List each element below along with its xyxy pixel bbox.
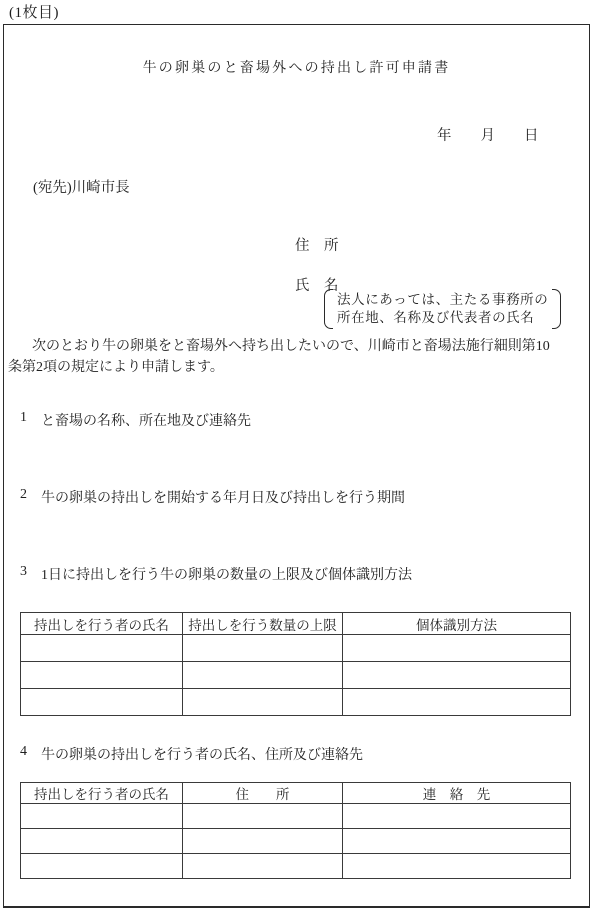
numbered-item-quantity-limit: 3 1日に持出しを行う牛の卵巣の数量の上限及び個体識別方法 [20,564,412,584]
table-cell-empty [343,635,571,662]
table-cell-empty [21,689,183,716]
table-cell-empty [183,829,343,854]
table-cell-empty [343,662,571,689]
carrier-contact-table: 持出しを行う者の氏名 住 所 連 絡 先 [20,782,571,879]
table-row [21,662,571,689]
column-header-carrier-name: 持出しを行う者の氏名 [21,613,183,635]
table-cell-empty [183,804,343,829]
statement-line1: 次のとおり牛の卵巣をと畜場外へ持ち出したいので、川崎市と畜場法施行細則第10 [8,336,586,357]
quantity-limit-table: 持出しを行う者の氏名 持出しを行う数量の上限 個体識別方法 [20,612,571,716]
item-text: 牛の卵巣の持出しを行う者の氏名、住所及び連絡先 [41,744,363,764]
numbered-item-slaughterhouse: 1 と畜場の名称、所在地及び連絡先 [20,410,251,430]
table-cell-empty [183,635,343,662]
column-header-carrier-name: 持出しを行う者の氏名 [21,783,183,804]
right-bracket [552,289,561,329]
table-header-row: 持出しを行う者の氏名 住 所 連 絡 先 [21,783,571,804]
numbered-item-start-date: 2 牛の卵巣の持出しを開始する年月日及び持出しを行う期間 [20,487,405,507]
form-page: (1枚目) 牛の卵巣のと畜場外への持出し許可申請書 年 月 日 (宛先)川崎市長… [0,0,593,912]
table-cell-empty [183,854,343,879]
corporate-note: 法人にあっては、主たる事務所の 所在地、名称及び代表者の氏名 [324,289,561,329]
item-number: 4 [20,744,41,764]
table-cell-empty [183,689,343,716]
column-header-id-method: 個体識別方法 [343,613,571,635]
item-number: 3 [20,564,41,584]
table-row [21,854,571,879]
item-number: 2 [20,487,41,507]
column-header-address: 住 所 [183,783,343,804]
item-number: 1 [20,410,41,430]
form-title: 牛の卵巣のと畜場外への持出し許可申請書 [4,57,589,77]
table-cell-empty [343,854,571,879]
numbered-item-carrier-contact: 4 牛の卵巣の持出しを行う者の氏名、住所及び連絡先 [20,744,363,764]
table-cell-empty [183,662,343,689]
item-text: と畜場の名称、所在地及び連絡先 [41,410,251,430]
corporate-note-line2: 所在地、名称及び代表者の氏名 [337,309,548,327]
column-header-quantity-limit: 持出しを行う数量の上限 [183,613,343,635]
table-cell-empty [21,854,183,879]
table-cell-empty [21,662,183,689]
table-cell-empty [21,829,183,854]
item-text: 1日に持出しを行う牛の卵巣の数量の上限及び個体識別方法 [41,564,412,584]
table-cell-empty [21,635,183,662]
table-cell-empty [343,829,571,854]
table-row [21,829,571,854]
column-header-contact: 連 絡 先 [343,783,571,804]
table-cell-empty [21,804,183,829]
table-header-row: 持出しを行う者の氏名 持出しを行う数量の上限 個体識別方法 [21,613,571,635]
table-cell-empty [343,804,571,829]
table-cell-empty [343,689,571,716]
date-field: 年 月 日 [437,124,539,145]
statement-line2: 条第2項の規定により申請します。 [8,357,586,378]
application-statement: 次のとおり牛の卵巣をと畜場外へ持ち出したいので、川崎市と畜場法施行細則第10 条… [8,336,586,378]
table-row [21,689,571,716]
document-border: 牛の卵巣のと畜場外への持出し許可申請書 年 月 日 (宛先)川崎市長 住 所 氏… [3,24,590,908]
item-text: 牛の卵巣の持出しを開始する年月日及び持出しを行う期間 [41,487,405,507]
corporate-note-text: 法人にあっては、主たる事務所の 所在地、名称及び代表者の氏名 [333,289,552,329]
table-row [21,804,571,829]
corporate-note-line1: 法人にあっては、主たる事務所の [337,291,548,309]
table-row [21,635,571,662]
left-bracket [324,289,333,329]
recipient-line: (宛先)川崎市長 [33,176,130,197]
sheet-number-label: (1枚目) [9,1,59,22]
address-label: 住 所 [295,234,339,255]
